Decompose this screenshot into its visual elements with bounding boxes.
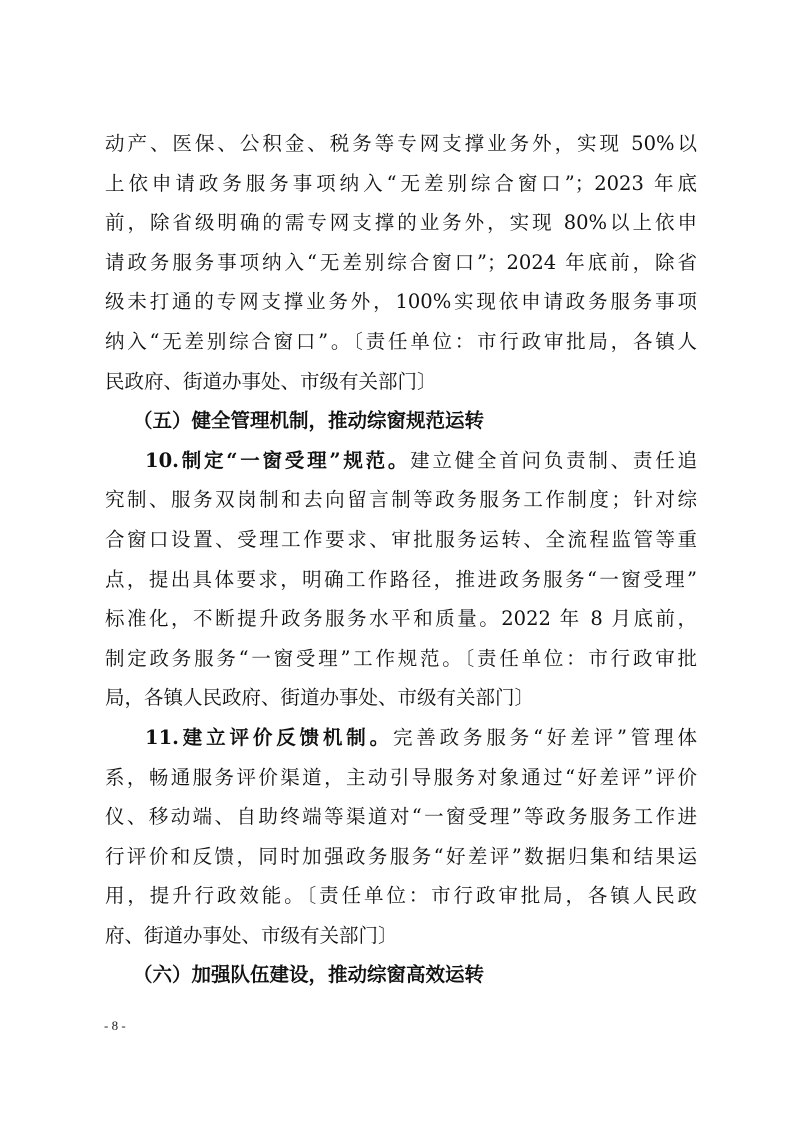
body-line: 级未打通的专网支撑业务外，100%实现依申请政务服务事项 bbox=[105, 282, 697, 322]
item-11-first-line: 11.建立评价反馈机制。完善政务服务“好差评”管理体 bbox=[105, 718, 697, 758]
item-11-text: 完善政务服务“好差评”管理体 bbox=[393, 726, 697, 749]
body-line: 点，提出具体要求，明确工作路径，推进政务服务“一窗受理” bbox=[105, 560, 697, 600]
item-10-title: 10.制定“一窗受理”规范。 bbox=[145, 449, 410, 472]
body-line: 请政务服务事项纳入“无差别综合窗口”；2024 年底前，除省 bbox=[105, 243, 697, 283]
body-line: 标准化，不断提升政务服务水平和质量。2022 年 8 月底前， bbox=[105, 599, 697, 639]
document-page: 动产、医保、公积金、税务等专网支撑业务外，实现 50%以 上依申请政务服务事项纳… bbox=[105, 124, 697, 995]
section-heading-6: （六）加强队伍建设，推动综窗高效运转 bbox=[105, 955, 697, 995]
body-line: 民政府、街道办事处、市级有关部门〕 bbox=[105, 362, 697, 402]
body-line: 用，提升行政效能。〔责任单位：市行政审批局，各镇人民政 bbox=[105, 876, 697, 916]
page-number: - 8 - bbox=[104, 1018, 126, 1034]
body-line: 府、街道办事处、市级有关部门〕 bbox=[105, 916, 697, 956]
item-10-text: 建立健全首问负责制、责任追 bbox=[410, 449, 697, 472]
item-10-first-line: 10.制定“一窗受理”规范。建立健全首问负责制、责任追 bbox=[105, 441, 697, 481]
body-line: 前，除省级明确的需专网支撑的业务外，实现 80%以上依申 bbox=[105, 203, 697, 243]
body-line: 仪、移动端、自助终端等渠道对“一窗受理”等政务服务工作进 bbox=[105, 797, 697, 837]
body-line: 行评价和反馈，同时加强政务服务“好差评”数据归集和结果运 bbox=[105, 837, 697, 877]
body-line: 究制、服务双岗制和去向留言制等政务服务工作制度；针对综 bbox=[105, 480, 697, 520]
body-line: 上依申请政务服务事项纳入“无差别综合窗口”；2023 年底 bbox=[105, 164, 697, 204]
body-line: 局，各镇人民政府、街道办事处、市级有关部门〕 bbox=[105, 678, 697, 718]
body-line: 制定政务服务“一窗受理”工作规范。〔责任单位：市行政审批 bbox=[105, 639, 697, 679]
body-line: 纳入“无差别综合窗口”。〔责任单位：市行政审批局，各镇人 bbox=[105, 322, 697, 362]
body-line: 合窗口设置、受理工作要求、审批服务运转、全流程监管等重 bbox=[105, 520, 697, 560]
body-line: 系，畅通服务评价渠道，主动引导服务对象通过“好差评”评价 bbox=[105, 758, 697, 798]
body-line: 动产、医保、公积金、税务等专网支撑业务外，实现 50%以 bbox=[105, 124, 697, 164]
section-heading-5: （五）健全管理机制，推动综窗规范运转 bbox=[105, 401, 697, 441]
item-11-title: 11.建立评价反馈机制。 bbox=[145, 726, 393, 749]
